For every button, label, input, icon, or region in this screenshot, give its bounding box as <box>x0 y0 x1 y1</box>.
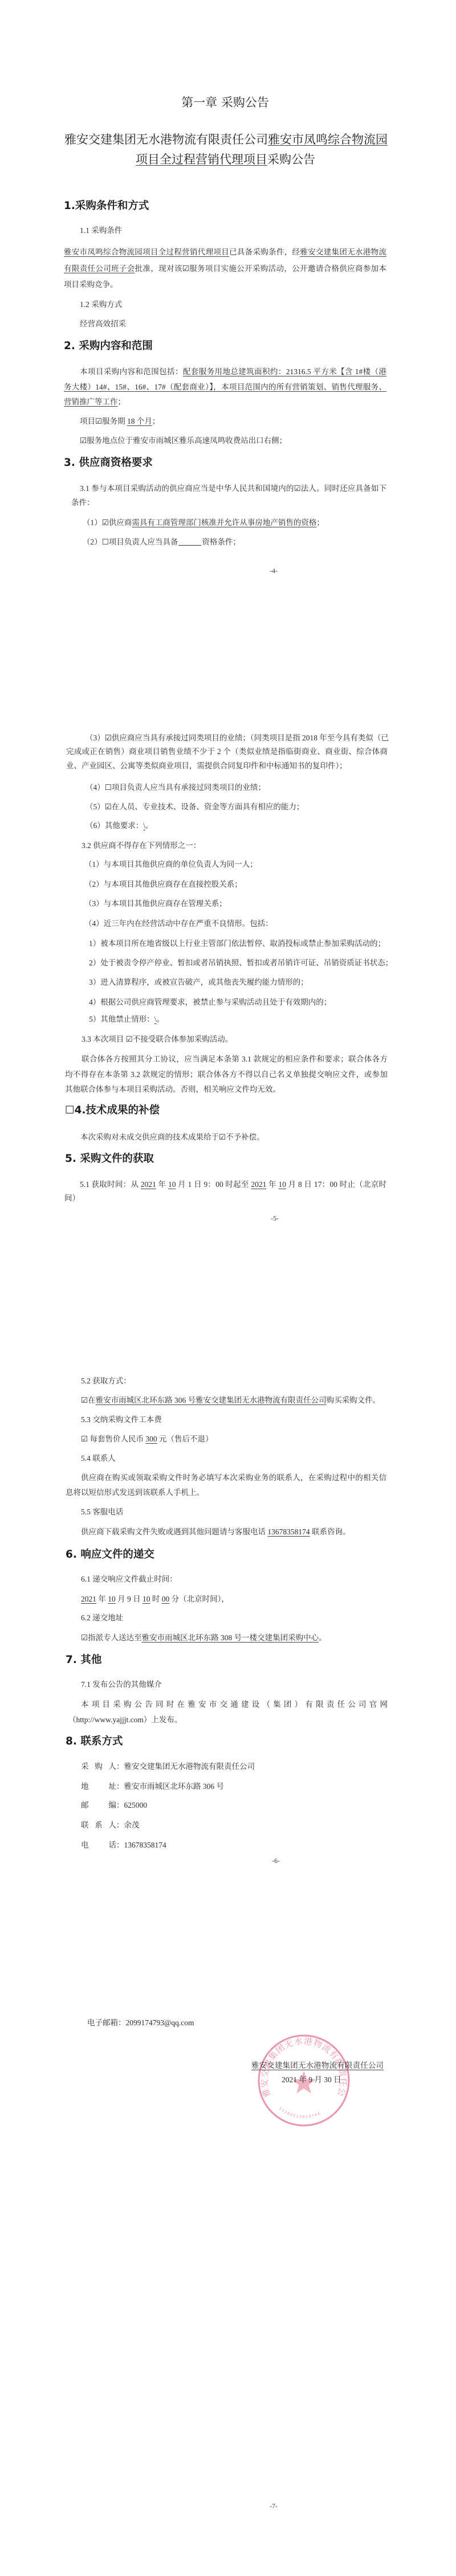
contact-label: 地址 <box>81 1781 116 1792</box>
requirement-1-end: ； <box>316 518 324 527</box>
seal-code-text: 51180215024744 <box>278 2106 321 2119</box>
contact-value: 余茂 <box>124 1821 140 1829</box>
document-title-line-1: 雅安交建集团无水港物流有限责任公司雅安市凤鸣综合物流园 <box>64 132 388 148</box>
section-3-heading: 3. 供应商资格要求 <box>64 456 153 470</box>
page-number: -7- <box>262 2501 285 2511</box>
end-month: 10 <box>278 1180 286 1189</box>
page-number: -5- <box>263 1214 286 1223</box>
contact-value: 625000 <box>124 1801 148 1809</box>
contact-value: 雅安市雨城区北环东路 306 号 <box>124 1782 225 1791</box>
contact-value: 13678358174 <box>124 1841 166 1849</box>
exclusion-item: （4）近三年内在经营活动中存在严重不良情形。包括： <box>84 918 273 929</box>
subsection-5-2-label: 5.2 获取方式： <box>81 1375 131 1387</box>
service-period-label: 项目☑服务期 <box>80 417 127 425</box>
scope-line-2: 务大楼）14#、15#、16#、17#（配套商业）】，本项目范围内的所有营销策划… <box>64 382 386 393</box>
conditions-line-2: 有限责任公司班子会批准，现对该☑服务项目实施公开采购活动，公开邀请合格供应商参加… <box>64 263 386 275</box>
title-company: 雅安交建集团无水港物流有限责任公司 <box>64 133 268 146</box>
contact-row-phone: 电话：13678358174 <box>81 1840 166 1851</box>
service-period-end: ； <box>152 417 160 425</box>
media-line-1: 本项目采购公告同时在雅安市交通建设（集团）有限责任公司官网 <box>81 1699 388 1710</box>
acquisition-method-end: 购买采购文件。 <box>327 1396 381 1404</box>
svg-text:51180215024744: 51180215024744 <box>278 2106 321 2119</box>
contact-row-person: 联系人：余茂 <box>81 1820 140 1831</box>
acquisition-address: 雅安市雨城区北环东路 306 号雅安交建集团无水港物流有限责任公司 <box>96 1396 327 1404</box>
acquisition-time-line-2: 间） <box>64 1193 80 1204</box>
requirement-6-label: （6）其他要求： <box>85 821 143 830</box>
approver-name: 雅安交建集团无水港物流 <box>300 248 386 256</box>
hotline-phone: 13678358174 <box>267 1527 310 1536</box>
deadline-hour: 10 <box>142 1595 150 1603</box>
bad-conduct-other-end: 。 <box>157 1015 165 1023</box>
clause-3-2: 3.2 供应商不得存在下列情形之一： <box>82 840 201 851</box>
year-word: 年 <box>266 1180 278 1189</box>
exclusion-item: （3）与本项目其他供应商存在管理关系； <box>84 898 227 910</box>
section-6-heading: 6. 响应文件的递交 <box>66 1548 154 1562</box>
deadline-year-word: 年 <box>96 1595 108 1603</box>
clause-3-3: 3.3 本次项目 ☑不接受联合体参加采购活动。 <box>82 1034 233 1045</box>
contact-separator: ： <box>116 1782 124 1791</box>
deadline-minute: 00 <box>162 1595 170 1603</box>
service-period-value: 18 个月 <box>127 417 152 425</box>
document-page: 第一章 采购公告 雅安交建集团无水港物流有限责任公司雅安市凤鸣综合物流园 项目全… <box>0 0 456 2576</box>
clause-3-1-line-2: 条件： <box>71 497 95 509</box>
scope-detail-2: 务大楼）14#、15#、16#、17#（配套商业）】，本项目范围内的所有营销策划… <box>64 383 386 391</box>
conditions-line-1: 雅安市凤鸣综合物流园项目全过程营销代理项目已具备采购条件，经雅安交建集团无水港物… <box>64 247 386 258</box>
requirement-1: （1）☑供应商需具有工商管理部门核准并允许从事房地产销售的资格； <box>83 517 324 529</box>
procurement-method: 经营高效招采 <box>80 318 126 330</box>
approver-name-cont: 有限责任公司班子会 <box>64 264 135 273</box>
title-suffix: 采购公告 <box>267 153 315 166</box>
start-rest: 月 1 日 9：00 时起至 <box>176 1180 251 1189</box>
subsection-1-1-label: 1.1 采购条件 <box>80 225 122 236</box>
submission-address-prefix: ☑指派专人送达至 <box>81 1633 142 1642</box>
contact-row-address: 地址：雅安市雨城区北环东路 306 号 <box>81 1781 224 1792</box>
scope-intro: 本项目采购内容和范围包括： <box>80 367 183 376</box>
section-8-heading: 8. 联系方式 <box>66 1735 123 1748</box>
requirement-4: （4）☐项目负责人应当具有承接过同类项目的业绩； <box>85 782 266 793</box>
contact-separator: ： <box>116 1762 124 1771</box>
fee-end: 元（售后不退） <box>157 1435 213 1443</box>
media-line-2: （http://www.yajjjt.com）上发布。 <box>68 1714 182 1726</box>
conditions-text-2: 批准，现对该☑服务项目实施公开采购活动，公开邀请合格供应商参加本 <box>135 264 386 273</box>
requirement-3-line-3: 业、产业园区、公寓等类似商业项目，需提供合同复印件和中标通知书的复印件）； <box>66 760 347 772</box>
exclusion-item: （1）与本项目其他供应商的单位负责人为同一人； <box>84 859 258 870</box>
contact-separator: ： <box>116 1801 124 1809</box>
scope-line-3: 营销推广等工作； <box>64 396 125 408</box>
hotline-prefix: 供应商下载采购文件失败或遇到其他问题请与客服电话 <box>81 1527 267 1536</box>
scope-line-1: 本项目采购内容和范围包括：配套服务用地总建筑面积约：21316.5 平方米【含 … <box>80 366 386 378</box>
consortium-line-2: 均不得存在本条第 3.2 款规定的情形；联合体各方不得以自己名义单独提交响应文件… <box>65 1069 388 1080</box>
requirement-2-label: （2）☐项目负责人应当具备 <box>83 538 178 546</box>
service-location: ☑服务地点位于雅安市雨城区雅乐高速凤鸣收费站出口右侧； <box>80 435 287 447</box>
end-rest: 月 8 日 17：00 时止（北京时 <box>286 1180 386 1189</box>
clause-3-1-line-1: 3.1 参与本项目采购活动的供应商应当是中华人民共和国境内的☑法人。同时还应具备… <box>80 483 386 494</box>
page-number: -6- <box>264 1856 287 1865</box>
hotline-text: 供应商下载采购文件失败或遇到其他问题请与客服电话 13678358174 联系咨… <box>81 1526 351 1538</box>
requirement-2: （2）☐项目负责人应当具备资格条件； <box>83 537 241 548</box>
bad-conduct-item: 3）进入清算程序，或被宣告破产，或其他丧失履约能力情形的； <box>89 977 308 988</box>
submission-address-end: 。 <box>319 1633 327 1642</box>
exclusion-item: （2）与本项目其他供应商存在直接控股关系； <box>84 879 242 890</box>
signature-company-name: 雅安交建集团无水港物流有限责任公司 <box>251 2061 384 2070</box>
contact-label: 采购人 <box>81 1761 116 1772</box>
signature-date: 2021 年 9 月 30 日 <box>282 2074 341 2086</box>
title-project-underlined-2: 项目全过程营销代理项目 <box>136 153 267 166</box>
contact-email: 电子邮箱：2099174793@qq.com <box>87 2017 194 2029</box>
subsection-5-5-label: 5.5 客服电话 <box>81 1506 123 1518</box>
page-number: -4- <box>262 566 285 575</box>
document-title-line-2: 项目全过程营销代理项目采购公告 <box>136 151 315 167</box>
section-2-heading: 2. 采购内容和范围 <box>64 339 153 353</box>
section-7-heading: 7. 其他 <box>66 1653 101 1667</box>
fee-label: ☑ 每套售价人民币 <box>81 1435 145 1443</box>
section-1-heading: 1.采购条件和方式 <box>64 199 149 213</box>
consortium-line-1: 联合体各方按照其分工协议，应当满足本条第 3.1 款规定的相应条件和要求；联合体… <box>82 1054 388 1065</box>
acquisition-time-label: 5.1 获取时间：从 <box>80 1180 141 1189</box>
contact-separator: ： <box>116 1821 124 1829</box>
submission-address: ☑指派专人送达至雅安市雨城区北环东路 308 号一楼交建集团采购中心。 <box>81 1632 327 1644</box>
contact-row-postcode: 邮编：625000 <box>81 1800 147 1811</box>
bad-conduct-other-label: 5）其他禁止情形： <box>89 1015 154 1023</box>
acquisition-time-line-1: 5.1 获取时间：从 2021 年 10 月 1 日 9：00 时起至 2021… <box>80 1179 386 1190</box>
contact-label: 联系人 <box>81 1820 116 1831</box>
title-project-underlined: 雅安市凤鸣综合物流园 <box>268 133 388 146</box>
contact-separator: ： <box>116 1841 124 1849</box>
contact-row-purchaser: 采购人：雅安交建集团无水港物流有限责任公司 <box>81 1761 255 1772</box>
compensation-text: 本次采购对未成交供应商的技术成果给于☑不予补偿。 <box>80 1132 264 1143</box>
bad-conduct-item: 1）被本项目所在地省级以上行业主管部门依法暂停、取消投标或禁止参加采购活动的； <box>89 938 385 949</box>
contact-note-line-2: 息将以短信形式发送到该联系人手机上。 <box>66 1487 204 1498</box>
end-year: 2021 <box>251 1180 266 1189</box>
fee-amount: 300 <box>145 1435 157 1443</box>
scope-detail: 配套服务用地总建筑面积约：21316.5 平方米【含 1#楼（港 <box>183 367 386 376</box>
requirement-3-line-1: （3）☑供应商应当具有承接过同类项目的业绩；（同类项目是指 2018 年至今具有… <box>85 732 388 744</box>
year-word: 年 <box>156 1180 168 1189</box>
service-period: 项目☑服务期 18 个月； <box>80 416 160 427</box>
chapter-title: 第一章 采购公告 <box>0 95 450 110</box>
bad-conduct-item: 2）处于被责令停产停业、暂扣或者吊销执照、暂扣或者吊销许可证、吊销资质证书状态； <box>89 957 386 969</box>
acquisition-method-prefix: ☑在 <box>81 1396 96 1404</box>
requirement-5: （5）☑在人员、专业技术、设备、资金等方面具有相应的能力； <box>85 801 304 813</box>
deadline-month: 10 <box>108 1595 116 1603</box>
deadline-year: 2021 <box>81 1595 96 1603</box>
submission-address-value: 雅安市雨城区北环东路 308 号一楼交建集团采购中心 <box>142 1633 319 1642</box>
contact-label: 邮编 <box>81 1800 116 1811</box>
requirement-2-end: 资格条件； <box>202 538 241 546</box>
subsection-7-1-label: 7.1 发布公告的其他媒介 <box>81 1679 162 1690</box>
bad-conduct-other: 5）其他禁止情形：\。 <box>89 1014 164 1025</box>
section-5-heading: 5. 采购文件的获取 <box>65 1152 154 1166</box>
deadline-tail: 分（北京时间）， <box>169 1595 229 1603</box>
subsection-6-1-label: 6.1 递交响应文件截止时间： <box>81 1574 177 1585</box>
consortium-line-3: 其他联合体参与本项目采购活动。否则，相关响应文件均无效。 <box>65 1084 280 1095</box>
requirement-6-end: 。 <box>145 821 153 830</box>
scope-detail-3: 营销推广等工作 <box>64 398 118 406</box>
conditions-line-3: 项目采购竞争。 <box>64 279 118 290</box>
subsection-6-2-label: 6.2 递交地址 <box>81 1612 123 1624</box>
contact-note-line-1: 供应商在购买或领取采购文件时务必填写本次采购业务的联系人，在采购过程中的相关信 <box>81 1472 386 1484</box>
contact-value: 雅安交建集团无水港物流有限责任公司 <box>124 1762 255 1771</box>
start-month: 10 <box>168 1180 176 1189</box>
project-name: 雅安市凤鸣综合物流园项目全过程营销代理项目 <box>64 248 229 256</box>
submission-deadline: 2021 年 10 月 9 日 10 时 00 分（北京时间）， <box>81 1594 229 1605</box>
bad-conduct-item: 4）根据公司供应商管理要求，被禁止参与采购活动且处于有效期内的； <box>89 997 331 1008</box>
requirement-1-detail: 需具有工商管理部门核准并允许从事房地产销售的资格 <box>132 518 316 527</box>
subsection-5-4-label: 5.4 联系人 <box>81 1453 116 1464</box>
contact-label: 电话 <box>81 1840 116 1851</box>
blank-field <box>178 537 201 546</box>
deadline-month-word: 月 9 日 <box>116 1595 142 1603</box>
start-year: 2021 <box>141 1180 156 1189</box>
requirement-3-line-2: 完成或正在销售）商业项目销售业绩不少于 2 个（类似业绩是指临街商业、商业街、综… <box>66 746 388 757</box>
scope-end: ； <box>118 398 126 406</box>
subsection-5-3-label: 5.3 交纳采购文件工本费 <box>81 1414 162 1426</box>
hotline-end: 联系咨询。 <box>310 1527 351 1536</box>
signature-company: 雅安交建集团无水港物流有限责任公司 <box>251 2060 384 2071</box>
acquisition-method: ☑在雅安市雨城区北环东路 306 号雅安交建集团无水港物流有限责任公司购买采购文… <box>81 1395 380 1406</box>
conditions-text: 已具备采购条件，经 <box>229 248 300 256</box>
subsection-1-2-label: 1.2 采购方式 <box>80 299 122 310</box>
document-fee: ☑ 每套售价人民币 300 元（售后不退） <box>81 1434 213 1445</box>
requirement-6: （6）其他要求：\。 <box>85 820 153 832</box>
section-4-heading: ☐4.技术成果的补偿 <box>65 1104 160 1117</box>
deadline-hour-word: 时 <box>150 1595 162 1603</box>
requirement-1-label: （1）☑供应商 <box>83 518 132 527</box>
